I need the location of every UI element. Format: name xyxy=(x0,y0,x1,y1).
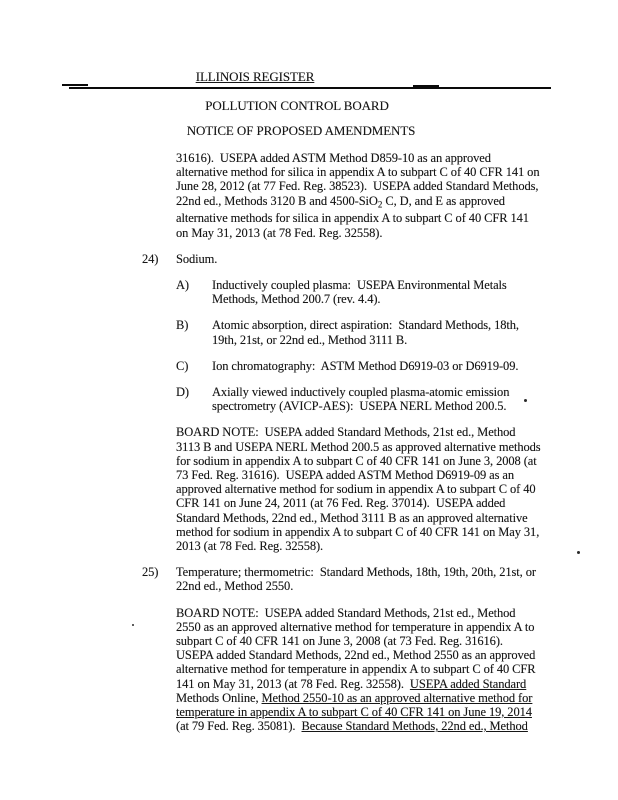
text-line: alternative methods for silica in append… xyxy=(176,211,541,225)
item-24-title: Sodium. xyxy=(176,252,217,266)
subitem-24-D-text: Axially viewed inductively coupled plasm… xyxy=(212,385,509,413)
text-line: 2013 (at 78 Fed. Reg. 32558). xyxy=(176,539,541,553)
scan-artifact-thick-mark xyxy=(413,85,439,89)
scan-artifact-dot xyxy=(577,551,580,554)
subitem-24-D: D) Axially viewed inductively coupled pl… xyxy=(176,385,541,413)
text-line: Atomic absorption, direct aspiration: St… xyxy=(212,318,519,332)
text-line: approved alternative method for sodium i… xyxy=(176,482,541,496)
subitem-24-B-letter: B) xyxy=(176,318,212,346)
text-line: subpart C of 40 CFR 141 on June 3, 2008 … xyxy=(176,634,541,648)
subitem-24-A-text: Inductively coupled plasma: USEPA Enviro… xyxy=(212,278,507,306)
text-line: Methods Online, Method 2550-10 as an app… xyxy=(176,691,541,705)
header-register-title: ILLINOIS REGISTER xyxy=(196,70,315,84)
item-25-title: Temperature; thermometric: Standard Meth… xyxy=(176,565,536,593)
text-line: Temperature; thermometric: Standard Meth… xyxy=(176,565,536,579)
text-line: for sodium in appendix A to subpart C of… xyxy=(176,454,541,468)
scan-artifact-left-dash xyxy=(62,84,88,86)
text-line: 31616). USEPA added ASTM Method D859-10 … xyxy=(176,151,541,165)
board-note-24: BOARD NOTE: USEPA added Standard Methods… xyxy=(176,425,541,553)
text-line: CFR 141 on June 24, 2011 (at 76 Fed. Reg… xyxy=(176,496,541,510)
subscript-text: 2 xyxy=(378,199,383,209)
underlined-added-text: USEPA added Standard xyxy=(410,677,526,691)
subitem-24-D-letter: D) xyxy=(176,385,212,413)
underlined-added-text: Because Standard Methods, 22nd ed., Meth… xyxy=(302,719,528,733)
underlined-added-text: temperature in appendix A to subpart C o… xyxy=(176,705,532,719)
text-line: 22nd ed., Methods 3120 B and 4500-SiO2 C… xyxy=(176,194,541,212)
board-note-25: BOARD NOTE: USEPA added Standard Methods… xyxy=(176,606,541,734)
text-line: 19th, 21st, or 22nd ed., Method 3111 B. xyxy=(212,333,519,347)
text-line: method for sodium in appendix A to subpa… xyxy=(176,525,541,539)
text-line: 73 Fed. Reg. 31616). USEPA added ASTM Me… xyxy=(176,468,541,482)
header-rule xyxy=(69,87,551,89)
text-line: 141 on May 31, 2013 (at 78 Fed. Reg. 325… xyxy=(176,677,541,691)
text-line: June 28, 2012 (at 77 Fed. Reg. 38523). U… xyxy=(176,179,541,193)
item-24-number: 24) xyxy=(142,252,176,266)
scanned-document-page: ILLINOIS REGISTER POLLUTION CONTROL BOAR… xyxy=(0,0,618,800)
text-line: temperature in appendix A to subpart C o… xyxy=(176,705,541,719)
item-24: 24) Sodium. xyxy=(142,252,541,266)
scan-artifact-dot xyxy=(524,399,527,402)
text-line: alternative method for silica in appendi… xyxy=(176,165,541,179)
text-line: Inductively coupled plasma: USEPA Enviro… xyxy=(212,278,507,292)
subitem-24-C: C) Ion chromatography: ASTM Method D6919… xyxy=(176,359,541,373)
text-line: USEPA added Standard Methods, 22nd ed., … xyxy=(176,648,541,662)
subitem-24-C-text: Ion chromatography: ASTM Method D6919-03… xyxy=(212,359,518,373)
board-heading: POLLUTION CONTROL BOARD xyxy=(205,99,389,113)
scan-artifact-dot xyxy=(132,624,134,626)
text-line: Ion chromatography: ASTM Method D6919-03… xyxy=(212,359,518,373)
text-line: Axially viewed inductively coupled plasm… xyxy=(212,385,509,399)
text-line: 3113 B and USEPA NERL Method 200.5 as ap… xyxy=(176,440,541,454)
text-line: spectrometry (AVICP-AES): USEPA NERL Met… xyxy=(212,399,509,413)
item-25-number: 25) xyxy=(142,565,176,593)
notice-heading: NOTICE OF PROPOSED AMENDMENTS xyxy=(187,124,416,138)
subitem-24-A: A) Inductively coupled plasma: USEPA Env… xyxy=(176,278,541,306)
subitem-24-B-text: Atomic absorption, direct aspiration: St… xyxy=(212,318,519,346)
text-line: Standard Methods, 22nd ed., Method 3111 … xyxy=(176,511,541,525)
subitem-24-A-letter: A) xyxy=(176,278,212,306)
text-line: (at 79 Fed. Reg. 35081). Because Standar… xyxy=(176,719,541,733)
text-line: on May 31, 2013 (at 78 Fed. Reg. 32558). xyxy=(176,226,541,240)
silica-continuation-paragraph: 31616). USEPA added ASTM Method D859-10 … xyxy=(176,151,541,240)
subitem-24-B: B) Atomic absorption, direct aspiration:… xyxy=(176,318,541,346)
text-line: 2550 as an approved alternative method f… xyxy=(176,620,541,634)
underlined-added-text: Method 2550-10 as an approved alternativ… xyxy=(262,691,533,705)
text-line: 22nd ed., Method 2550. xyxy=(176,579,536,593)
item-25: 25) Temperature; thermometric: Standard … xyxy=(142,565,541,593)
text-line: Methods, Method 200.7 (rev. 4.4). xyxy=(212,292,507,306)
text-line: BOARD NOTE: USEPA added Standard Methods… xyxy=(176,425,541,439)
document-body: 31616). USEPA added ASTM Method D859-10 … xyxy=(142,151,541,745)
text-line: alternative method for temperature in ap… xyxy=(176,662,541,676)
subitem-24-C-letter: C) xyxy=(176,359,212,373)
text-line: BOARD NOTE: USEPA added Standard Methods… xyxy=(176,606,541,620)
